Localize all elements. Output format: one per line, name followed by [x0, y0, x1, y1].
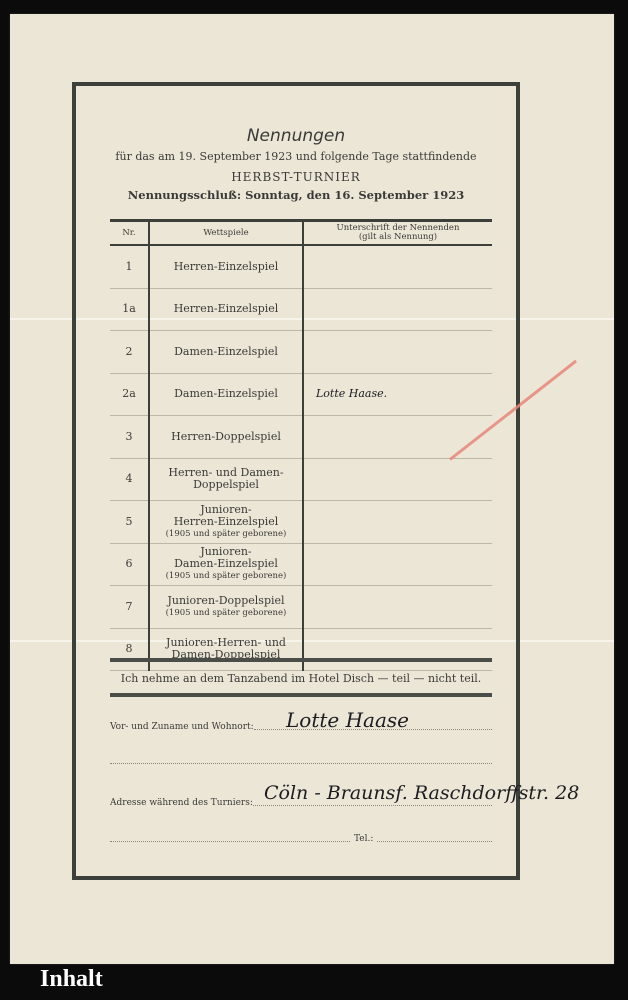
name-label: Vor- und Zuname und Wohnort:: [110, 722, 254, 732]
signature-cell[interactable]: [303, 416, 492, 459]
row-number: 2: [110, 331, 149, 374]
competition-name: Junioren-Herren- undDamen-Doppelspiel: [149, 628, 303, 671]
tel-label: Tel.:: [354, 834, 373, 844]
competition-name: Herren- und Damen-Doppelspiel: [149, 458, 303, 501]
signature-cell[interactable]: [303, 543, 492, 586]
table-row: 1a Herren-Einzelspiel: [110, 288, 492, 331]
signature-cell[interactable]: [303, 245, 492, 288]
row-number: 6: [110, 543, 149, 586]
competition-name: Junioren-Damen-Einzelspiel(1905 und spät…: [149, 543, 303, 586]
competition-name: Junioren-Herren-Einzelspiel(1905 und spä…: [149, 501, 303, 544]
competition-name: Herren-Einzelspiel: [149, 288, 303, 331]
table-row: 1 Herren-Einzelspiel: [110, 245, 492, 288]
table-row: 6 Junioren-Damen-Einzelspiel(1905 und sp…: [110, 543, 492, 586]
form-title: Nennungen: [76, 126, 516, 146]
address-value: Cöln - Braunsf. Raschdorffstr. 28: [264, 782, 579, 804]
signature-cell[interactable]: [303, 288, 492, 331]
name-value: Lotte Haase: [286, 708, 409, 732]
header-nr: Nr.: [110, 221, 149, 246]
signature-cell[interactable]: Lotte Haase.: [303, 373, 492, 416]
signature-cell[interactable]: [303, 458, 492, 501]
table-row: 3 Herren-Doppelspiel: [110, 416, 492, 459]
event-name: HERBST-TURNIER: [76, 170, 516, 184]
row-number: 5: [110, 501, 149, 544]
table-row: 2 Damen-Einzelspiel: [110, 331, 492, 374]
competition-name: Damen-Einzelspiel: [149, 331, 303, 374]
row-number: 1: [110, 245, 149, 288]
competition-name: Herren-Einzelspiel: [149, 245, 303, 288]
entry-deadline: Nennungsschluß: Sonntag, den 16. Septemb…: [76, 188, 516, 202]
header-unterschrift: Unterschrift der Nennenden (gilt als Nen…: [303, 221, 492, 246]
row-number: 4: [110, 458, 149, 501]
tanzabend-statement: Ich nehme an dem Tanzabend im Hotel Disc…: [110, 672, 492, 685]
signature-cell[interactable]: [303, 628, 492, 671]
row-number: 1a: [110, 288, 149, 331]
form-frame: Nennungen für das am 19. September 1923 …: [72, 82, 520, 880]
divider: [110, 658, 492, 662]
divider: [110, 693, 492, 697]
signature-cell[interactable]: [303, 586, 492, 629]
address-label: Adresse während des Turniers:: [110, 798, 253, 808]
competition-name: Damen-Einzelspiel: [149, 373, 303, 416]
table-row: 7 Junioren-Doppelspiel(1905 und später g…: [110, 586, 492, 629]
signature-cell[interactable]: [303, 501, 492, 544]
name-field-line2[interactable]: [110, 762, 492, 766]
table-row: 5 Junioren-Herren-Einzelspiel(1905 und s…: [110, 501, 492, 544]
row-number: 3: [110, 416, 149, 459]
row-number: 7: [110, 586, 149, 629]
row-number: 2a: [110, 373, 149, 416]
row-number: 8: [110, 628, 149, 671]
table-row: 8 Junioren-Herren- undDamen-Doppelspiel: [110, 628, 492, 671]
competition-name: Junioren-Doppelspiel(1905 und später geb…: [149, 586, 303, 629]
form-subtitle: für das am 19. September 1923 und folgen…: [76, 150, 516, 163]
entry-table: Nr. Wettspiele Unterschrift der Nennende…: [110, 219, 492, 671]
table-row: 2a Damen-Einzelspiel Lotte Haase.: [110, 373, 492, 416]
signature-cell[interactable]: [303, 331, 492, 374]
inhalt-link[interactable]: Inhalt: [40, 966, 103, 993]
header-wettspiele: Wettspiele: [149, 221, 303, 246]
tel-field[interactable]: Tel.:: [110, 834, 492, 844]
table-row: 4 Herren- und Damen-Doppelspiel: [110, 458, 492, 501]
competition-name: Herren-Doppelspiel: [149, 416, 303, 459]
